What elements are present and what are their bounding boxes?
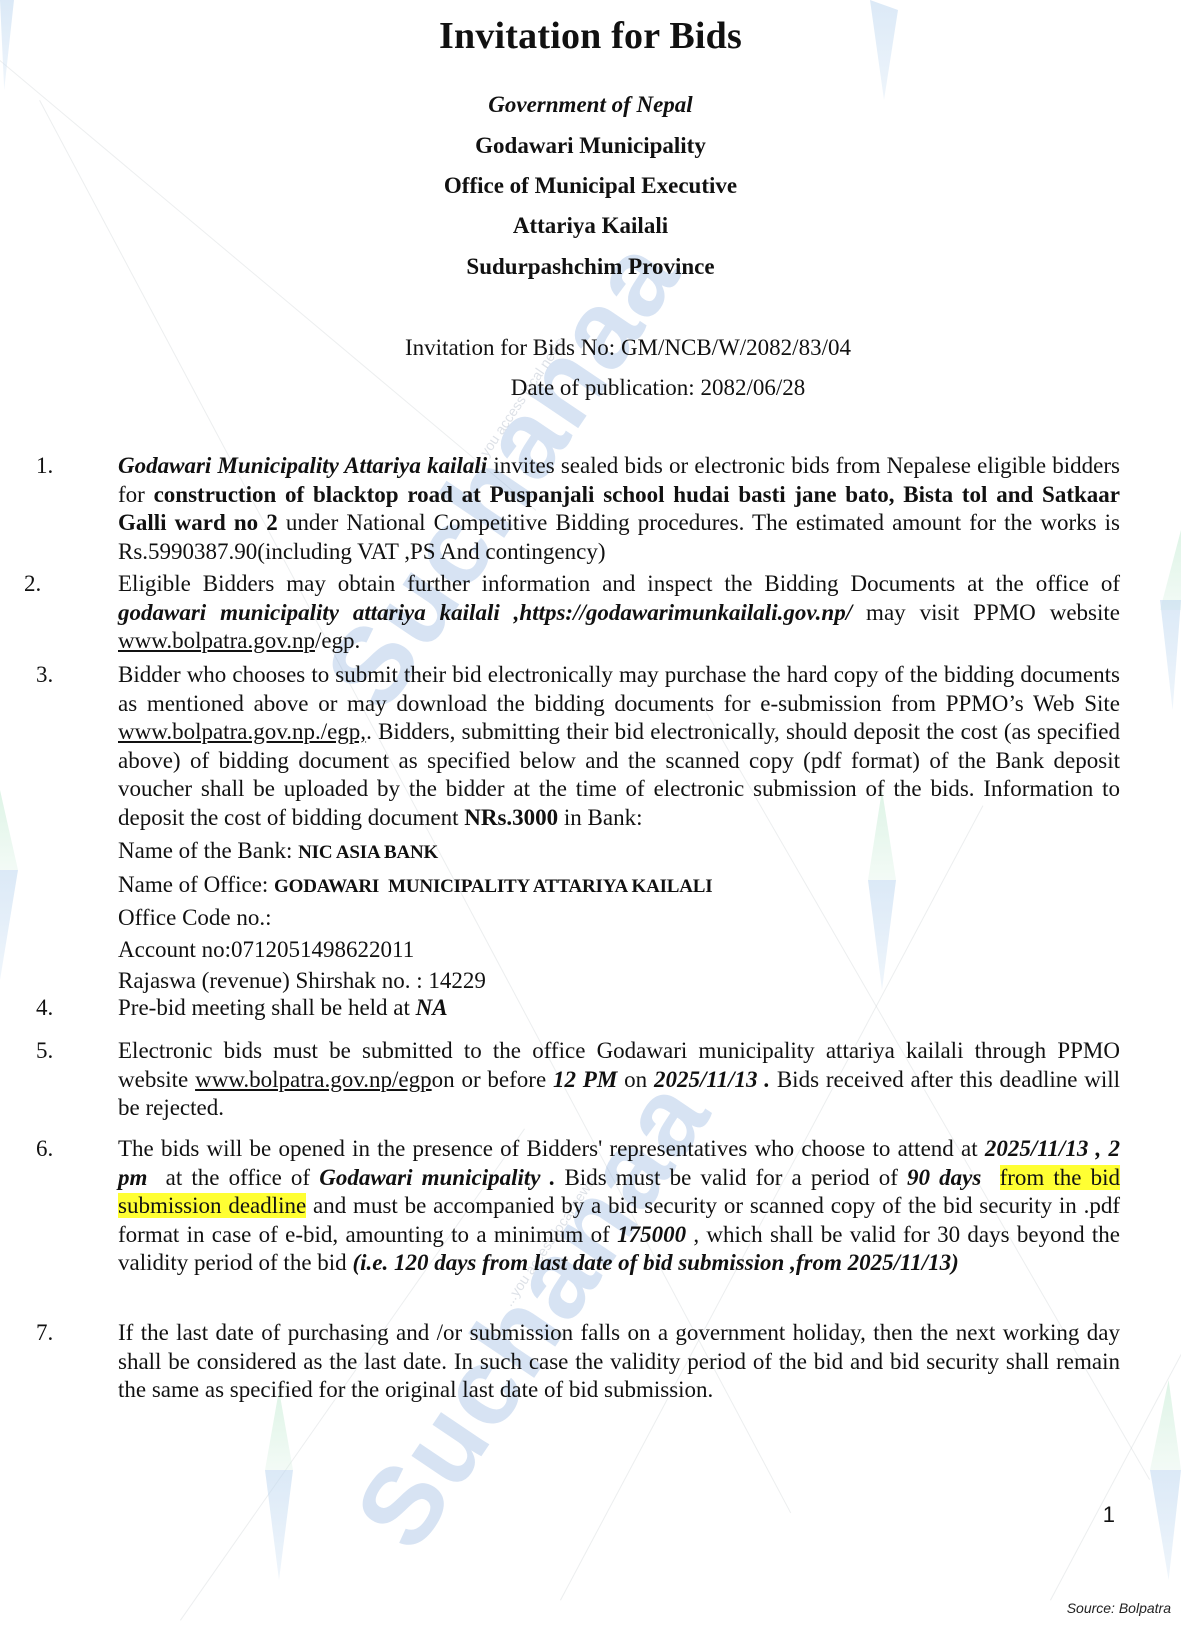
item-number: 7. (36, 1319, 76, 1348)
bolpatra-egp-link[interactable]: www.bolpatra.gov.np./egp, (118, 719, 366, 744)
text-segment (981, 1165, 999, 1190)
bank-name-row: Name of the Bank: NIC ASIA BANK (118, 835, 1120, 869)
text-segment: /egp. (315, 628, 360, 653)
text-segment: The bids will be opened in the presence … (118, 1136, 985, 1161)
text-segment: may visit PPMO website (852, 600, 1120, 625)
bid-security-amount: 175000 (617, 1222, 686, 1247)
document-title: Invitation for Bids (0, 14, 1181, 58)
bolpatra-link[interactable]: www.bolpatra.gov.np (118, 628, 315, 653)
issuer-name: Godawari Municipality Attariya kailali (118, 453, 487, 478)
bid-number: Invitation for Bids No: GM/NCB/W/2082/83… (0, 335, 1181, 361)
item-number: 1. (36, 452, 76, 481)
item-number: 5. (36, 1037, 76, 1066)
item-number: 2. (24, 570, 64, 599)
item-text: Electronic bids must be submitted to the… (118, 1037, 1120, 1123)
item-text: Eligible Bidders may obtain further info… (118, 570, 1120, 656)
text-segment: in Bank: (558, 805, 642, 830)
deadline-date: 2025/11/13 . (654, 1067, 770, 1092)
office-website: godawari municipality attariya kailali ,… (118, 600, 852, 625)
header-municipality: Godawari Municipality (0, 133, 1181, 159)
text-segment: Bids must be valid for a period of (555, 1165, 907, 1190)
opening-location: Godawari municipality . (319, 1165, 555, 1190)
security-validity-note: (i.e. 120 days from last date of bid sub… (352, 1250, 958, 1275)
header-province: Sudurpashchim Province (0, 254, 1181, 280)
revenue-code-row: Rajaswa (revenue) Shirshak no. : 14229 (118, 965, 1120, 997)
text-segment: on or before (432, 1067, 553, 1092)
label: Name of the Bank: (118, 838, 298, 863)
bolpatra-egp-link[interactable]: www.bolpatra.gov.np/egp (195, 1067, 432, 1092)
document-page: Invitation for Bids Government of Nepal … (0, 0, 1181, 1627)
page-number: 1 (1103, 1502, 1115, 1528)
item-text: Bidder who chooses to submit their bid e… (118, 661, 1120, 997)
label: Name of Office: (118, 872, 274, 897)
text-segment: Pre-bid meeting shall be held at (118, 995, 416, 1020)
text-segment: Eligible Bidders may obtain further info… (118, 571, 1120, 596)
source-credit: Source: Bolpatra (1067, 1600, 1171, 1616)
document-cost: NRs.3000 (464, 805, 558, 830)
item-text: Pre-bid meeting shall be held at NA (118, 994, 1120, 1023)
item-number: 6. (36, 1135, 76, 1164)
item-number: 4. (36, 994, 76, 1023)
deadline-time: 12 PM (553, 1067, 617, 1092)
item-number: 3. (36, 661, 76, 690)
office-code-row: Office Code no.: (118, 902, 1120, 934)
office-name-value: GODAWARI MUNICIPALITY ATTARIYA KAILALI (274, 876, 712, 897)
office-name-row: Name of Office: GODAWARI MUNICIPALITY AT… (118, 869, 1120, 903)
header-government: Government of Nepal (0, 92, 1181, 118)
account-number-row: Account no:0712051498622011 (118, 934, 1120, 966)
prebid-location: NA (416, 995, 448, 1020)
item-text: The bids will be opened in the presence … (118, 1135, 1120, 1278)
text-segment: on (617, 1067, 654, 1092)
header-location: Attariya Kailali (0, 213, 1181, 239)
bank-name-value: NIC ASIA BANK (298, 842, 438, 863)
text-segment: at the office of (147, 1165, 319, 1190)
item-text: If the last date of purchasing and /or s… (118, 1319, 1120, 1405)
validity-period: 90 days (907, 1165, 981, 1190)
item-text: Godawari Municipality Attariya kailali i… (118, 452, 1120, 566)
header-office: Office of Municipal Executive (0, 173, 1181, 199)
publication-date: Date of publication: 2082/06/28 (0, 375, 1181, 401)
text-segment: Bidder who chooses to submit their bid e… (118, 662, 1120, 716)
